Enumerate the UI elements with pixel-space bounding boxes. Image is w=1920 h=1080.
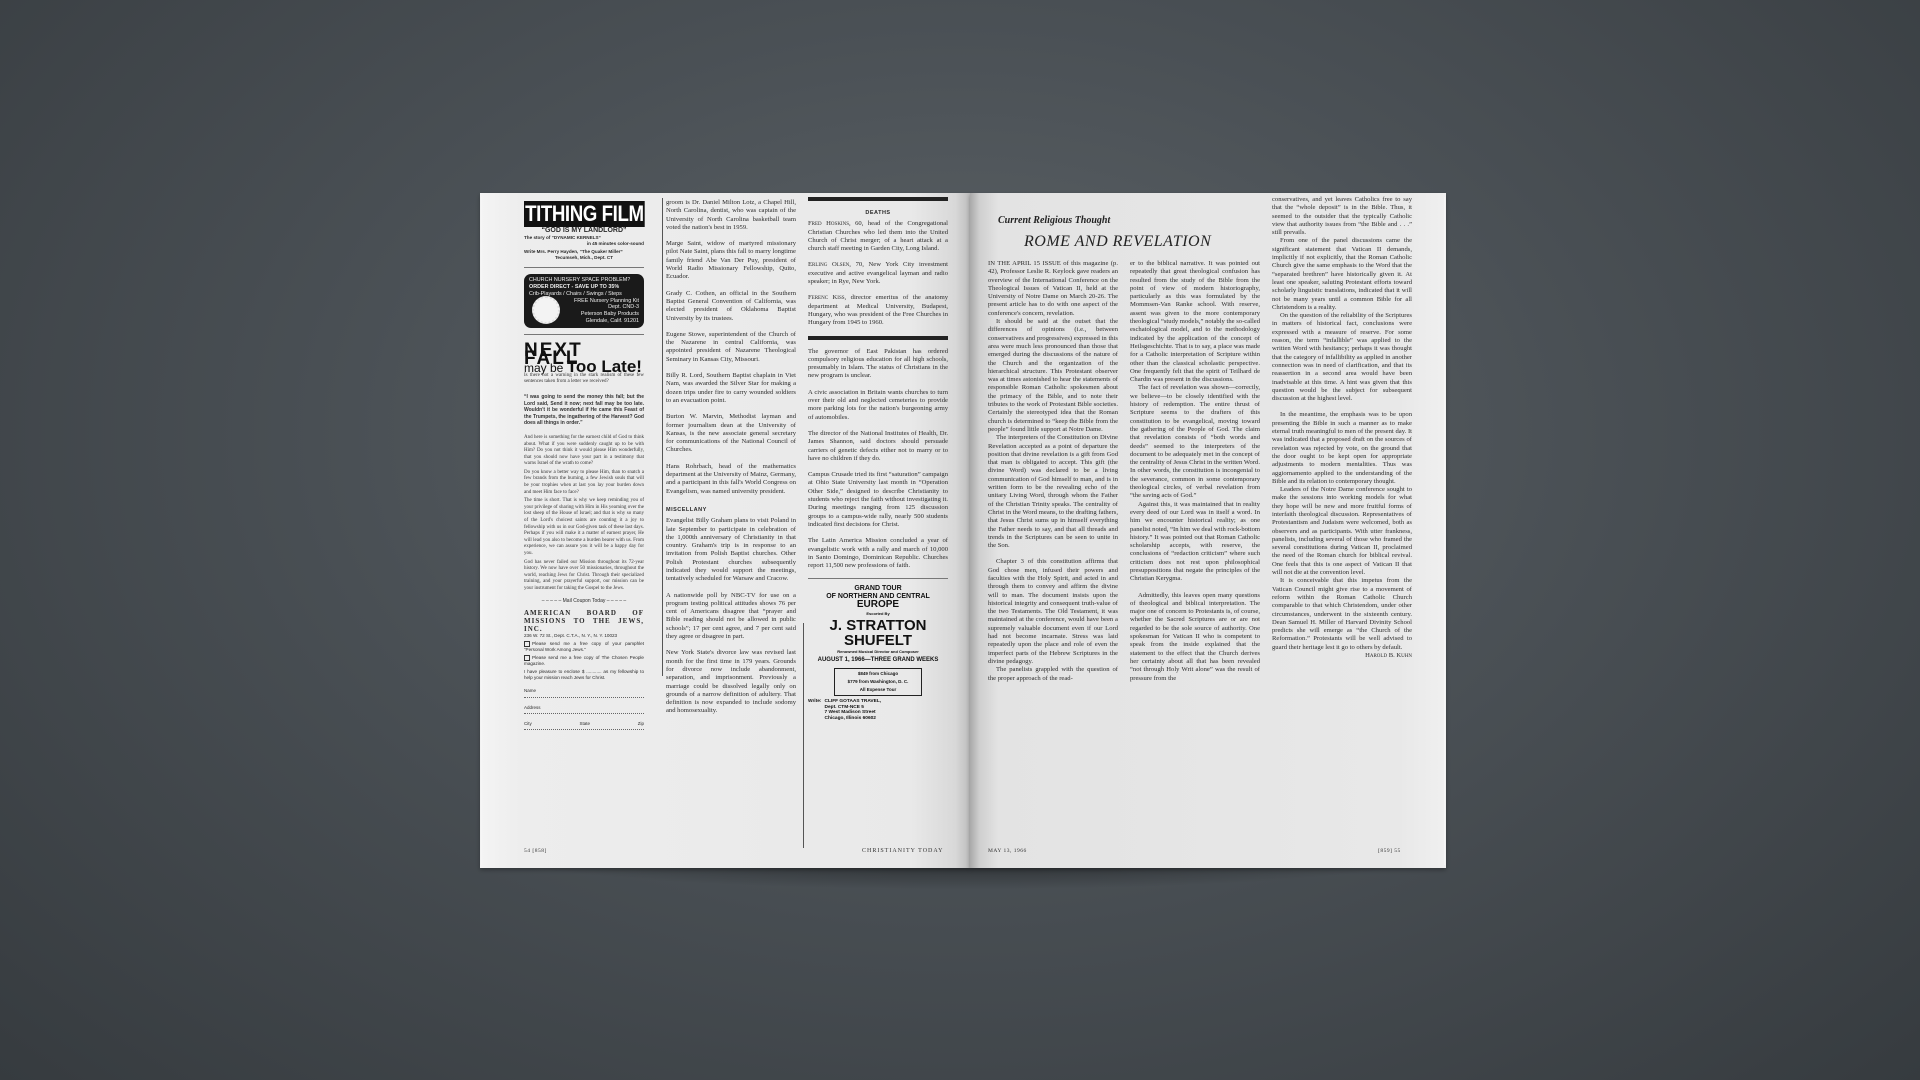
- article-column-1: IN THE APRIL 15 ISSUE of this magazine (…: [988, 260, 1118, 683]
- article-byline: Harold B. Kuhn: [1357, 652, 1412, 660]
- tour-date: AUGUST 1, 1966—THREE GRAND WEEKS: [808, 656, 948, 664]
- tour-contact-line: Chicago, Illinois 60602: [825, 716, 882, 722]
- news-item: Eugene Stowe, superintendent of the Chur…: [666, 331, 796, 364]
- tour-name: SHUFELT: [808, 633, 948, 648]
- ad-paragraph: The time is short. That is why we keep r…: [524, 498, 644, 557]
- article-paragraph: Chapter 3 of this constitution affirms t…: [988, 558, 1118, 666]
- ad-church-nursery: CHURCH NURSERY SPACE PROBLEM? ORDER DIRE…: [524, 274, 644, 328]
- tour-price-box: $849 from Chicago $779 from Washington, …: [834, 668, 922, 697]
- tour-contact: Write: CLIFF GOTAAS TRAVEL, Dept. CTM-NC…: [808, 699, 948, 721]
- coupon-label: Mail Coupon Today: [563, 598, 606, 604]
- checkbox-label: Please send me a free copy of The Chosen…: [524, 655, 644, 666]
- coupon-cut-line: – – – – – Mail Coupon Today – – – – –: [524, 597, 644, 605]
- news-item: The governor of East Pakistan has ordere…: [808, 348, 948, 381]
- page-stack-edge-right: [1444, 197, 1446, 865]
- divider: [524, 334, 644, 335]
- ad-grand-tour-europe: GRAND TOUR OF NORTHERN AND CENTRAL EUROP…: [808, 585, 948, 721]
- article-paragraph: It should be said at the outset that the…: [988, 318, 1118, 434]
- article-paragraph: Against this, it was maintained that in …: [1130, 501, 1260, 584]
- magazine-spread: TITHING FILM “GOD IS MY LANDLORD” The st…: [480, 193, 1446, 868]
- article-text: It is conceivable that this impetus from…: [1272, 577, 1412, 650]
- article-paragraph: Admittedly, this leaves open many questi…: [1130, 592, 1260, 683]
- news-item: Grady C. Cothen, an official in the Sout…: [666, 290, 796, 323]
- coupon-state-label: State: [579, 720, 590, 728]
- section-heading-miscellany: MISCELLANY: [666, 506, 796, 514]
- divider: [524, 267, 644, 268]
- tour-line: GRAND TOUR: [808, 585, 948, 593]
- page-stack-edge-left: [480, 197, 482, 865]
- issue-date: MAY 13, 1966: [988, 848, 1027, 854]
- news-item: A civic association in Britain wants chu…: [808, 389, 948, 422]
- news-item: The director of the National Institutes …: [808, 430, 948, 463]
- coupon-zip-label: Zip: [638, 720, 644, 728]
- running-footer: CHRISTIANITY TODAY: [862, 848, 944, 854]
- article-title: ROME AND REVELATION: [1024, 233, 1211, 251]
- section-heading-deaths: DEATHS: [808, 209, 948, 217]
- checkbox-icon[interactable]: [524, 655, 530, 661]
- tour-price: $779 from Washington, D. C.: [836, 678, 920, 686]
- tour-price: $849 from Chicago: [836, 670, 920, 678]
- news-item: A nationwide poll by NBC-TV for use on a…: [666, 592, 796, 642]
- ad-paragraph: And here is something for the earnest ch…: [524, 435, 644, 468]
- left-page: TITHING FILM “GOD IS MY LANDLORD” The st…: [480, 193, 970, 868]
- ad-tithing-subtitle: “GOD IS MY LANDLORD”: [524, 227, 644, 235]
- death-notice: Erling Olsen, 70, New York City investme…: [808, 261, 948, 286]
- column-rule: [803, 623, 804, 848]
- nursery-line: ORDER DIRECT - SAVE UP TO 35%: [529, 284, 639, 291]
- death-name: Fred Hoskins: [808, 220, 849, 227]
- section-rule: [808, 336, 948, 340]
- tour-price: All Expense Tour: [836, 686, 920, 694]
- ad-tithing-line: in 45 minutes color-sound: [524, 241, 644, 247]
- news-item: Billy R. Lord, Southern Baptist chaplain…: [666, 372, 796, 405]
- column-rule: [662, 198, 663, 676]
- ad-org-name: AMERICAN BOARD OF MISSIONS TO THE JEWS, …: [524, 609, 644, 633]
- tour-line: Renowned Musical Director and Composer: [808, 648, 948, 656]
- ad-paragraph: Do you know a better way to please Him, …: [524, 470, 644, 496]
- tour-name: J. STRATTON: [808, 618, 948, 633]
- article-paragraph: The panelists grappled with the question…: [988, 666, 1118, 683]
- news-item: groom is Dr. Daniel Milton Lotz, a Chape…: [666, 199, 796, 232]
- coupon-checkbox-1[interactable]: Please send me a free copy of your pamph…: [524, 641, 644, 653]
- section-rule: [808, 197, 948, 201]
- article-paragraph: conservatives, and yet leaves Catholics …: [1272, 196, 1412, 237]
- ad-column: TITHING FILM “GOD IS MY LANDLORD” The st…: [524, 195, 644, 730]
- coupon-city-state-zip[interactable]: City State Zip: [524, 720, 644, 730]
- death-notice: Ferenc Kiss, director emeritus of the an…: [808, 294, 948, 327]
- nursery-line: CHURCH NURSERY SPACE PROBLEM?: [529, 277, 639, 284]
- article-paragraph: The interpreters of the Constitution on …: [988, 434, 1118, 550]
- checkbox-icon[interactable]: [524, 641, 530, 647]
- death-notice: Fred Hoskins, 60, head of the Congregati…: [808, 220, 948, 253]
- news-item: Burton W. Marvin, Methodist layman and f…: [666, 413, 796, 454]
- article-paragraph-final: It is conceivable that this impetus from…: [1272, 577, 1412, 652]
- news-column-3: DEATHS Fred Hoskins, 60, head of the Con…: [808, 193, 948, 721]
- news-item: Campus Crusade tried its first “saturati…: [808, 471, 948, 529]
- page-number-left: 54 [858]: [524, 848, 547, 854]
- article-paragraph: In the meantime, the emphasis was to be …: [1272, 411, 1412, 486]
- coupon-enclose-text: I have pleasure to enclose $ ...........…: [524, 669, 644, 681]
- article-kicker: Current Religious Thought: [998, 215, 1110, 226]
- coupon-name-field[interactable]: Name: [524, 687, 644, 697]
- death-name: Erling Olsen: [808, 261, 849, 268]
- ad-tithing-film: TITHING FILM “GOD IS MY LANDLORD” The st…: [524, 201, 644, 261]
- ad-paragraph: Is there not a warning in the stark real…: [524, 373, 644, 386]
- article-paragraph: IN THE APRIL 15 ISSUE of this magazine (…: [988, 260, 1118, 318]
- tour-write-label: Write:: [808, 699, 822, 721]
- checkbox-label: Please send me a free copy of your pamph…: [524, 641, 644, 652]
- ad-headline-2: may be Too Late!: [524, 363, 644, 372]
- ad-address: 236 W. 72 St., Dept. C.T.A., N. Y., N. Y…: [524, 633, 644, 639]
- ad-tithing-line: Tecumseh, Mich., Dept. CT: [524, 255, 644, 261]
- ad-quote: “I was going to send the money this fall…: [524, 394, 644, 427]
- coupon-checkbox-2[interactable]: Please send me a free copy of The Chosen…: [524, 655, 644, 667]
- article-column-3: conservatives, and yet leaves Catholics …: [1272, 196, 1412, 660]
- tour-line: EUROPE: [808, 601, 948, 609]
- divider: [808, 578, 948, 579]
- ad-tithing-title: TITHING FILM: [524, 201, 645, 227]
- article-paragraph: Leaders of the Notre Dame conference sou…: [1272, 486, 1412, 577]
- article-paragraph: From one of the panel discussions came t…: [1272, 237, 1412, 312]
- coupon-city-label: City: [524, 720, 532, 728]
- news-item: Marge Saint, widow of martyred missionar…: [666, 240, 796, 281]
- news-item: New York State's divorce law was revised…: [666, 649, 796, 715]
- right-page: Current Religious Thought ROME AND REVEL…: [970, 193, 1446, 868]
- news-item: The Latin America Mission concluded a ye…: [808, 537, 948, 570]
- news-column-2: groom is Dr. Daniel Milton Lotz, a Chape…: [666, 199, 796, 724]
- news-item: Hans Rohrbach, head of the mathematics d…: [666, 463, 796, 496]
- article-column-2: er to the biblical narrative. It was poi…: [1130, 260, 1260, 683]
- death-name: Ferenc Kiss: [808, 294, 845, 301]
- article-paragraph: er to the biblical narrative. It was poi…: [1130, 260, 1260, 384]
- article-paragraph: The fact of revelation was shown—correct…: [1130, 384, 1260, 500]
- ad-paragraph: God has never failed our Mission through…: [524, 560, 644, 593]
- page-number-right: [859] 55: [1378, 848, 1401, 854]
- news-item: Evangelist Billy Graham plans to visit P…: [666, 517, 796, 583]
- article-paragraph: On the question of the reliability of th…: [1272, 312, 1412, 403]
- coupon-address-field[interactable]: Address: [524, 704, 644, 714]
- ad-missions-to-jews: NEXT FALL may be Too Late! Is there not …: [524, 347, 644, 730]
